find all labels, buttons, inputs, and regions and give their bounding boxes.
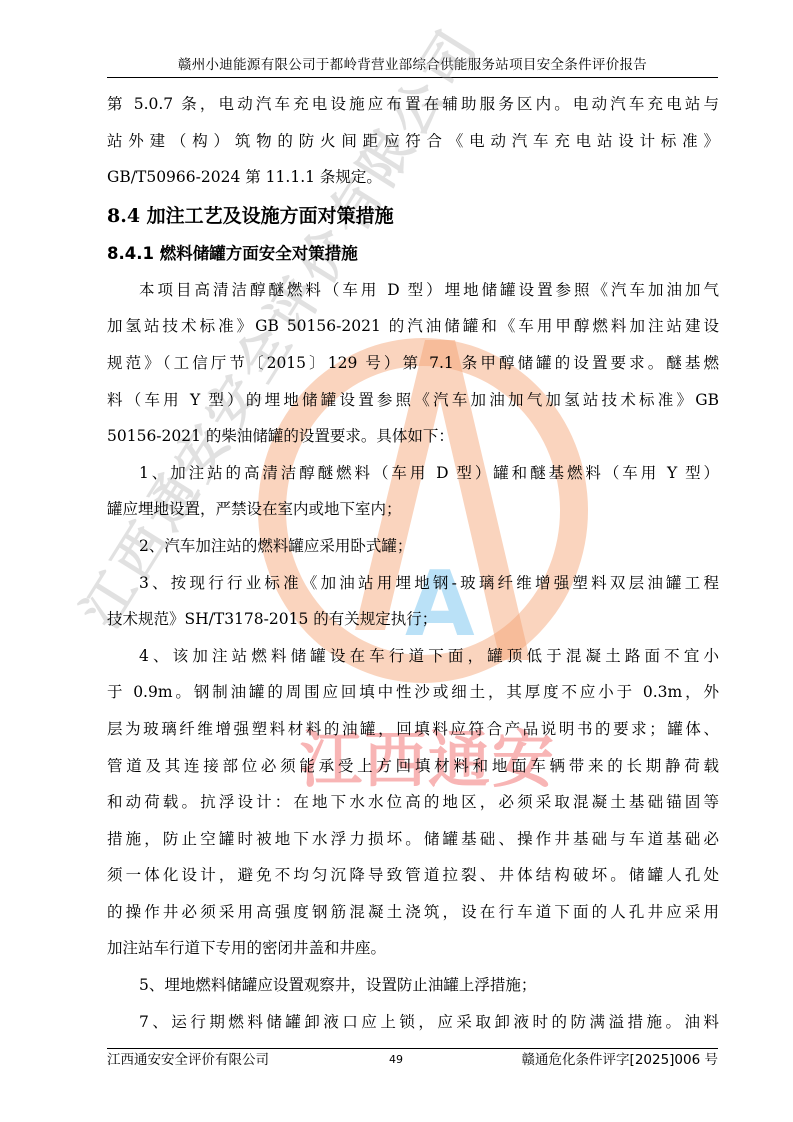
text-line: 加注站车行道下专用的密闭井盖和井座。 bbox=[107, 930, 719, 967]
text-line: 罐应埋地设置，严禁设在室内或地下室内； bbox=[107, 491, 719, 528]
list-item-1: 1、加注站的高清洁醇醚燃料（车用 D 型）罐和醚基燃料（车用 Y 型） 罐应埋地… bbox=[107, 455, 719, 528]
text-line: 管道及其连接部位必须能承受上方回填材料和地面车辆带来的长期静荷载 bbox=[107, 748, 719, 785]
body-paragraph: 本项目高清洁醇醚燃料（车用 D 型）埋地储罐设置参照《汽车加油加气 加氢站技术标… bbox=[107, 272, 719, 455]
text-line: 2、汽车加注站的燃料罐应采用卧式罐； bbox=[107, 528, 719, 565]
text-line: 和动荷载。抗浮设计：在地下水水位高的地区，必须采取混凝土基础锚固等 bbox=[107, 784, 719, 821]
list-item-4: 4、该加注站燃料储罐设在车行道下面，罐顶低于混凝土路面不宜小 于 0.9m。钢制… bbox=[107, 638, 719, 967]
list-item-5: 5、埋地燃料储罐应设置观察井，设置防止油罐上浮措施； bbox=[107, 967, 719, 1004]
list-item-2: 2、汽车加注站的燃料罐应采用卧式罐； bbox=[107, 528, 719, 565]
document-number: 赣通危化条件评字[2025]006 号 bbox=[522, 1050, 718, 1070]
text-line: 1、加注站的高清洁醇醚燃料（车用 D 型）罐和醚基燃料（车用 Y 型） bbox=[107, 455, 719, 492]
text-line: 须一体化设计，避免不均匀沉降导致管道拉裂、井体结构破坏。储罐人孔处 bbox=[107, 857, 719, 894]
text-line: 于 0.9m。钢制油罐的周围应回填中性沙或细土，其厚度不应小于 0.3m，外 bbox=[107, 674, 719, 711]
text-line: 加氢站技术标准》GB 50156-2021 的汽油储罐和《车用甲醇燃料加注站建设 bbox=[107, 308, 719, 345]
list-item-3: 3、按现行行业标准《加油站用埋地钢-玻璃纤维增强塑料双层油罐工程 技术规范》SH… bbox=[107, 565, 719, 638]
text-line: 本项目高清洁醇醚燃料（车用 D 型）埋地储罐设置参照《汽车加油加气 bbox=[107, 272, 719, 309]
footer-company: 江西通安安全评价有限公司 bbox=[107, 1050, 269, 1070]
text-line: 5、埋地燃料储罐应设置观察井，设置防止油罐上浮措施； bbox=[107, 967, 719, 1004]
intro-paragraph: 第 5.0.7 条，电动汽车充电设施应布置在辅助服务区内。电动汽车充电站与 站外… bbox=[107, 86, 719, 196]
text-line: 50156-2021 的柴油储罐的设置要求。具体如下： bbox=[107, 418, 719, 455]
text-line: 规范》（工信厅节〔2015〕129 号）第 7.1 条甲醇储罐的设置要求。醚基燃 bbox=[107, 345, 719, 382]
text-line: 第 5.0.7 条，电动汽车充电设施应布置在辅助服务区内。电动汽车充电站与 bbox=[107, 86, 719, 123]
section-heading: 8.4 加注工艺及设施方面对策措施 bbox=[107, 196, 719, 236]
text-line: 措施，防止空罐时被地下水浮力损坏。储罐基础、操作井基础与车道基础必 bbox=[107, 821, 719, 858]
page-number: 49 bbox=[389, 1050, 403, 1070]
text-line: 7、运行期燃料储罐卸液口应上锁，应采取卸液时的防满溢措施。油料 bbox=[107, 1004, 719, 1041]
text-line: 层为玻璃纤维增强塑料材料的油罐，回填料应符合产品说明书的要求；罐体、 bbox=[107, 711, 719, 748]
text-line: 料（车用 Y 型）的埋地储罐设置参照《汽车加油加气加氢站技术标准》GB bbox=[107, 382, 719, 419]
running-header: 赣州小迪能源有限公司于都岭背营业部综合供能服务站项目安全条件评价报告 bbox=[107, 56, 718, 74]
document-body: 第 5.0.7 条，电动汽车充电设施应布置在辅助服务区内。电动汽车充电站与 站外… bbox=[107, 86, 719, 1040]
page-footer: 江西通安安全评价有限公司 49 赣通危化条件评字[2025]006 号 bbox=[107, 1050, 718, 1070]
subsection-heading: 8.4.1 燃料储罐方面安全对策措施 bbox=[107, 236, 719, 272]
text-line: 技术规范》SH/T3178-2015 的有关规定执行； bbox=[107, 601, 719, 638]
text-line: 的操作井必须采用高强度钢筋混凝土浇筑，设在行车道下面的人孔井应采用 bbox=[107, 894, 719, 931]
footer-rule bbox=[107, 1048, 718, 1049]
text-line: GB/T50966-2024 第 11.1.1 条规定。 bbox=[107, 159, 719, 196]
text-line: 3、按现行行业标准《加油站用埋地钢-玻璃纤维增强塑料双层油罐工程 bbox=[107, 565, 719, 602]
text-line: 4、该加注站燃料储罐设在车行道下面，罐顶低于混凝土路面不宜小 bbox=[107, 638, 719, 675]
header-rule bbox=[107, 77, 718, 78]
document-page: 赣州小迪能源有限公司于都岭背营业部综合供能服务站项目安全条件评价报告 A 江西通… bbox=[0, 0, 793, 1122]
list-item-7: 7、运行期燃料储罐卸液口应上锁，应采取卸液时的防满溢措施。油料 bbox=[107, 1004, 719, 1041]
text-line: 站外建（构）筑物的防火间距应符合《电动汽车充电站设计标准》 bbox=[107, 123, 719, 160]
